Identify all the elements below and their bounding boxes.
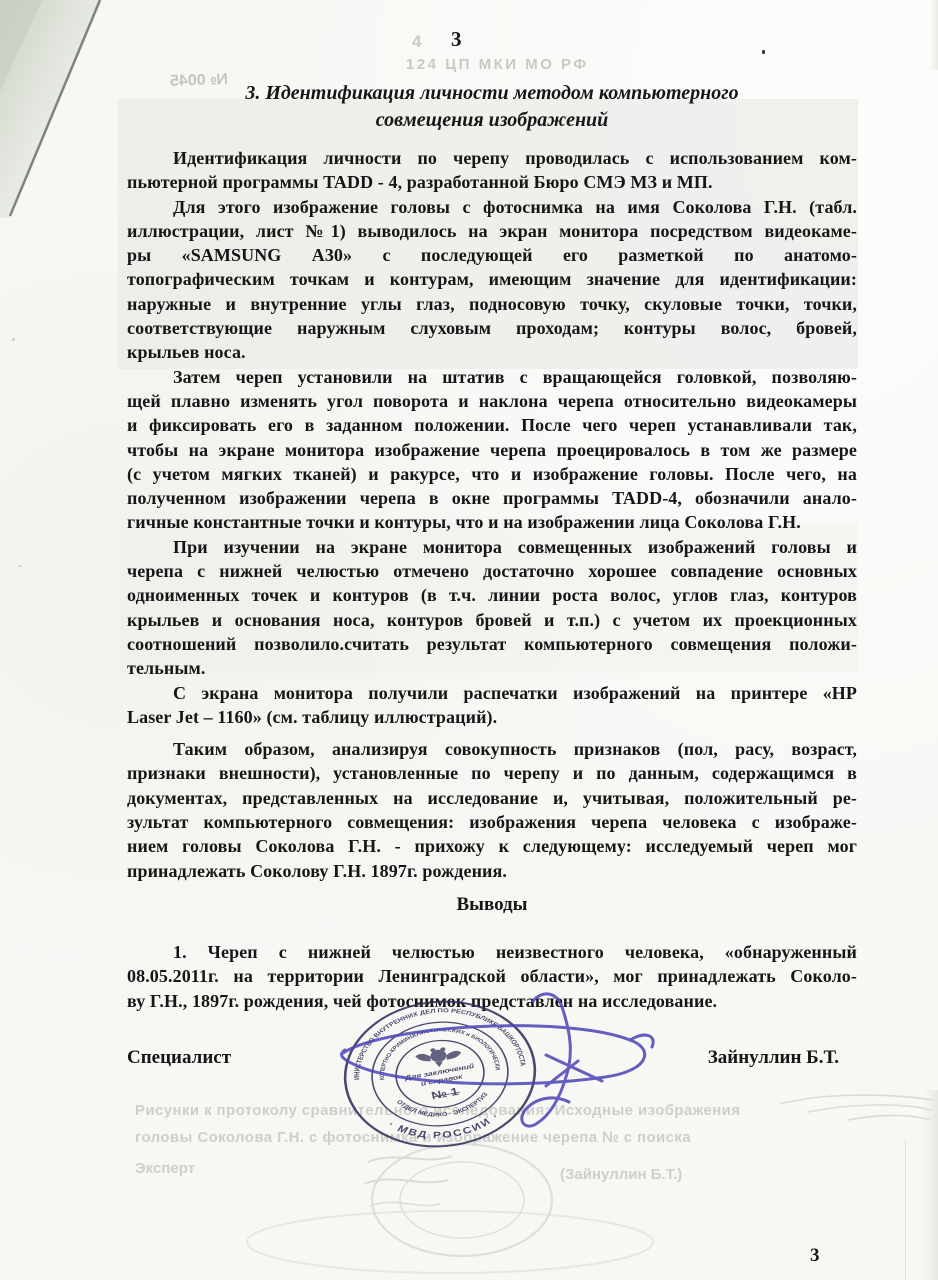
- text-line: зультат компьютерного совмещения: изобра…: [127, 810, 857, 834]
- scan-speck: [12, 338, 15, 341]
- text-line: 1. Череп с нижней челюстью неизвестного …: [127, 940, 857, 964]
- conclusions-heading: Выводы: [127, 892, 857, 918]
- text-line: соответствующие наружным слуховым проход…: [127, 316, 857, 340]
- text-line: нием головы Соколова Г.Н. - прихожу к сл…: [127, 834, 857, 858]
- paragraph: С экрана монитора получили распечатки из…: [127, 681, 857, 730]
- text-line: ры «SAMSUNG А30» с последующей его разме…: [127, 243, 857, 267]
- scan-edge-shade: [930, 0, 938, 70]
- scanned-document-page: 4 3 124 ЦП МКИ МО РФ № 0045 3. Идентифик…: [0, 0, 938, 1280]
- text-line: принадлежать Соколову Г.Н. 1897г. рожден…: [127, 859, 857, 883]
- main-text: Идентификация личности по черепу проводи…: [127, 146, 857, 1070]
- paragraph: Для этого изображение головы с фотоснимк…: [127, 195, 857, 365]
- ghost-header-line: 124 ЦП МКИ МО РФ: [406, 56, 589, 73]
- ghost-page-number: 4: [412, 32, 421, 52]
- text-line: чтобы на экране монитора изображение чер…: [127, 438, 857, 462]
- text-line: гичные константные точки и контуры, что …: [127, 510, 857, 534]
- text-line: (с учетом мягких тканей) и ракурсе, что …: [127, 462, 857, 486]
- paragraph: Идентификация личности по черепу проводи…: [127, 146, 857, 195]
- paragraph: Затем череп установили на штатив с враща…: [127, 365, 857, 535]
- ghost-footer-expert: Эксперт: [135, 1160, 195, 1177]
- text-line: полученном изображении черепа в окне про…: [127, 486, 857, 510]
- scan-edge-shade: [924, 1090, 938, 1280]
- text-line: Затем череп установили на штатив с враща…: [127, 365, 857, 389]
- section-heading-line2: совмещения изображений: [127, 107, 857, 134]
- text-line: С экрана монитора получили распечатки из…: [127, 681, 857, 705]
- body-paragraphs: Идентификация личности по черепу проводи…: [127, 146, 857, 883]
- signature-name: Зайнуллин Б.Т.: [708, 1046, 839, 1070]
- text-line: крыльев носа.: [127, 340, 857, 364]
- section-heading: 3. Идентификация личности методом компью…: [127, 80, 857, 134]
- text-line: Laser Jet – 1160» (см. таблицу иллюстрац…: [127, 705, 857, 729]
- page-number-top: 3: [451, 27, 462, 52]
- text-line: документах, представленных на исследован…: [127, 786, 857, 810]
- folded-corner: [0, 0, 130, 240]
- text-line: наружные и внутренние углы глаз, подносо…: [127, 292, 857, 316]
- text-line: признаки внешности), установленные по че…: [127, 761, 857, 785]
- page-number-bottom: 3: [810, 1245, 820, 1267]
- text-line: топографическим точкам и контурам, имеющ…: [127, 267, 857, 291]
- text-line: щей плавно изменять угол поворота и накл…: [127, 389, 857, 413]
- text-line: иллюстрации, лист №1) выводилось на экра…: [127, 219, 857, 243]
- section-heading-line1: 3. Идентификация личности методом компью…: [127, 80, 857, 107]
- ghost-signature-loop: [235, 1200, 665, 1280]
- ghost-footer-name: (Зайнуллин Б.Т.): [560, 1166, 682, 1183]
- text-line: крыльев и основания носа, контуров брове…: [127, 608, 857, 632]
- signature-label: Специалист: [127, 1046, 231, 1070]
- paragraph: Таким образом, анализируя совокупность п…: [127, 737, 857, 883]
- scan-speck: [18, 565, 22, 567]
- text-line: Для этого изображение головы с фотоснимк…: [127, 195, 857, 219]
- text-line: соотношений позволило.считать результат …: [127, 632, 857, 656]
- text-line: При изучении на экране монитора совмещен…: [127, 535, 857, 559]
- paragraph: При изучении на экране монитора совмещен…: [127, 535, 857, 681]
- text-line: Идентификация личности по черепу проводи…: [127, 146, 857, 170]
- text-line: черепа с нижней челюстью отмечено достат…: [127, 559, 857, 583]
- text-line: одноименных точек и контуров (в т.ч. лин…: [127, 583, 857, 607]
- scan-edge-line: [905, 1140, 906, 1280]
- crease-mark: [778, 1090, 938, 1138]
- scan-speck: [762, 50, 765, 54]
- handwritten-signature: [315, 985, 665, 1143]
- text-line: и фиксировать его в заданном положении. …: [127, 413, 857, 437]
- text-line: пьютерной программы TADD - 4, разработан…: [127, 170, 857, 194]
- text-line: тельным.: [127, 656, 857, 680]
- text-line: Таким образом, анализируя совокупность п…: [127, 737, 857, 761]
